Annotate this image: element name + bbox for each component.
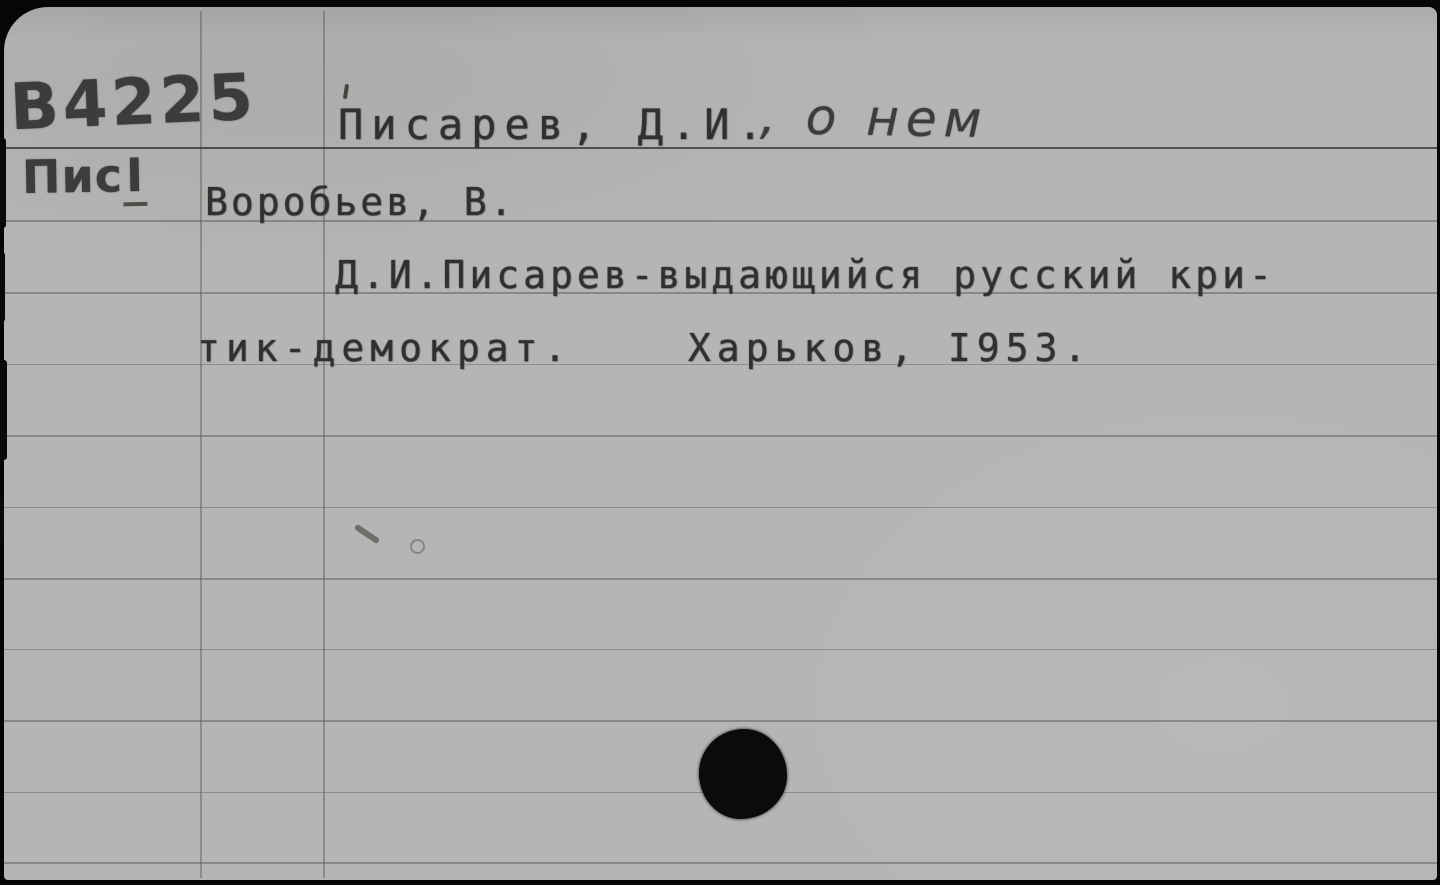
title-line-2: тик-демократ. Харьков, I953.	[197, 329, 1092, 367]
heading-author: Писарев, Д.И.	[338, 104, 771, 146]
ruled-line	[4, 649, 1437, 650]
pencil-dot-mark	[410, 539, 425, 554]
column-line-indent	[323, 11, 325, 878]
catalog-card-scan: В4225 ПисI Писарев, Д.И. , о нем Воробье…	[0, 0, 1440, 885]
scan-edge-artifact	[0, 500, 4, 540]
scan-edge-artifact	[0, 252, 5, 322]
entry-author: Воробьев, В.	[205, 183, 516, 221]
pencil-smudge	[354, 524, 381, 545]
scan-edge-artifact	[0, 360, 7, 460]
punch-hole	[699, 729, 787, 819]
heading-annotation: , о нем	[760, 91, 989, 145]
scan-edge-artifact	[0, 138, 6, 228]
shelf-mark-numeral: I	[123, 148, 148, 206]
catalog-card: В4225 ПисI Писарев, Д.И. , о нем Воробье…	[4, 7, 1437, 880]
ruled-line	[4, 862, 1437, 864]
shelf-mark-text: Пис	[22, 148, 124, 204]
ruled-line	[4, 720, 1437, 722]
ruled-line	[4, 435, 1437, 437]
ink-tick-mark	[343, 84, 349, 99]
call-number: В4225	[9, 66, 258, 141]
shelf-mark: ПисI	[22, 152, 148, 200]
column-line-left-margin	[200, 11, 202, 878]
ruled-line	[4, 507, 1437, 508]
ruled-line	[4, 578, 1437, 580]
title-line-1: Д.И.Писарев-выдающийся русский кри-	[335, 256, 1276, 294]
